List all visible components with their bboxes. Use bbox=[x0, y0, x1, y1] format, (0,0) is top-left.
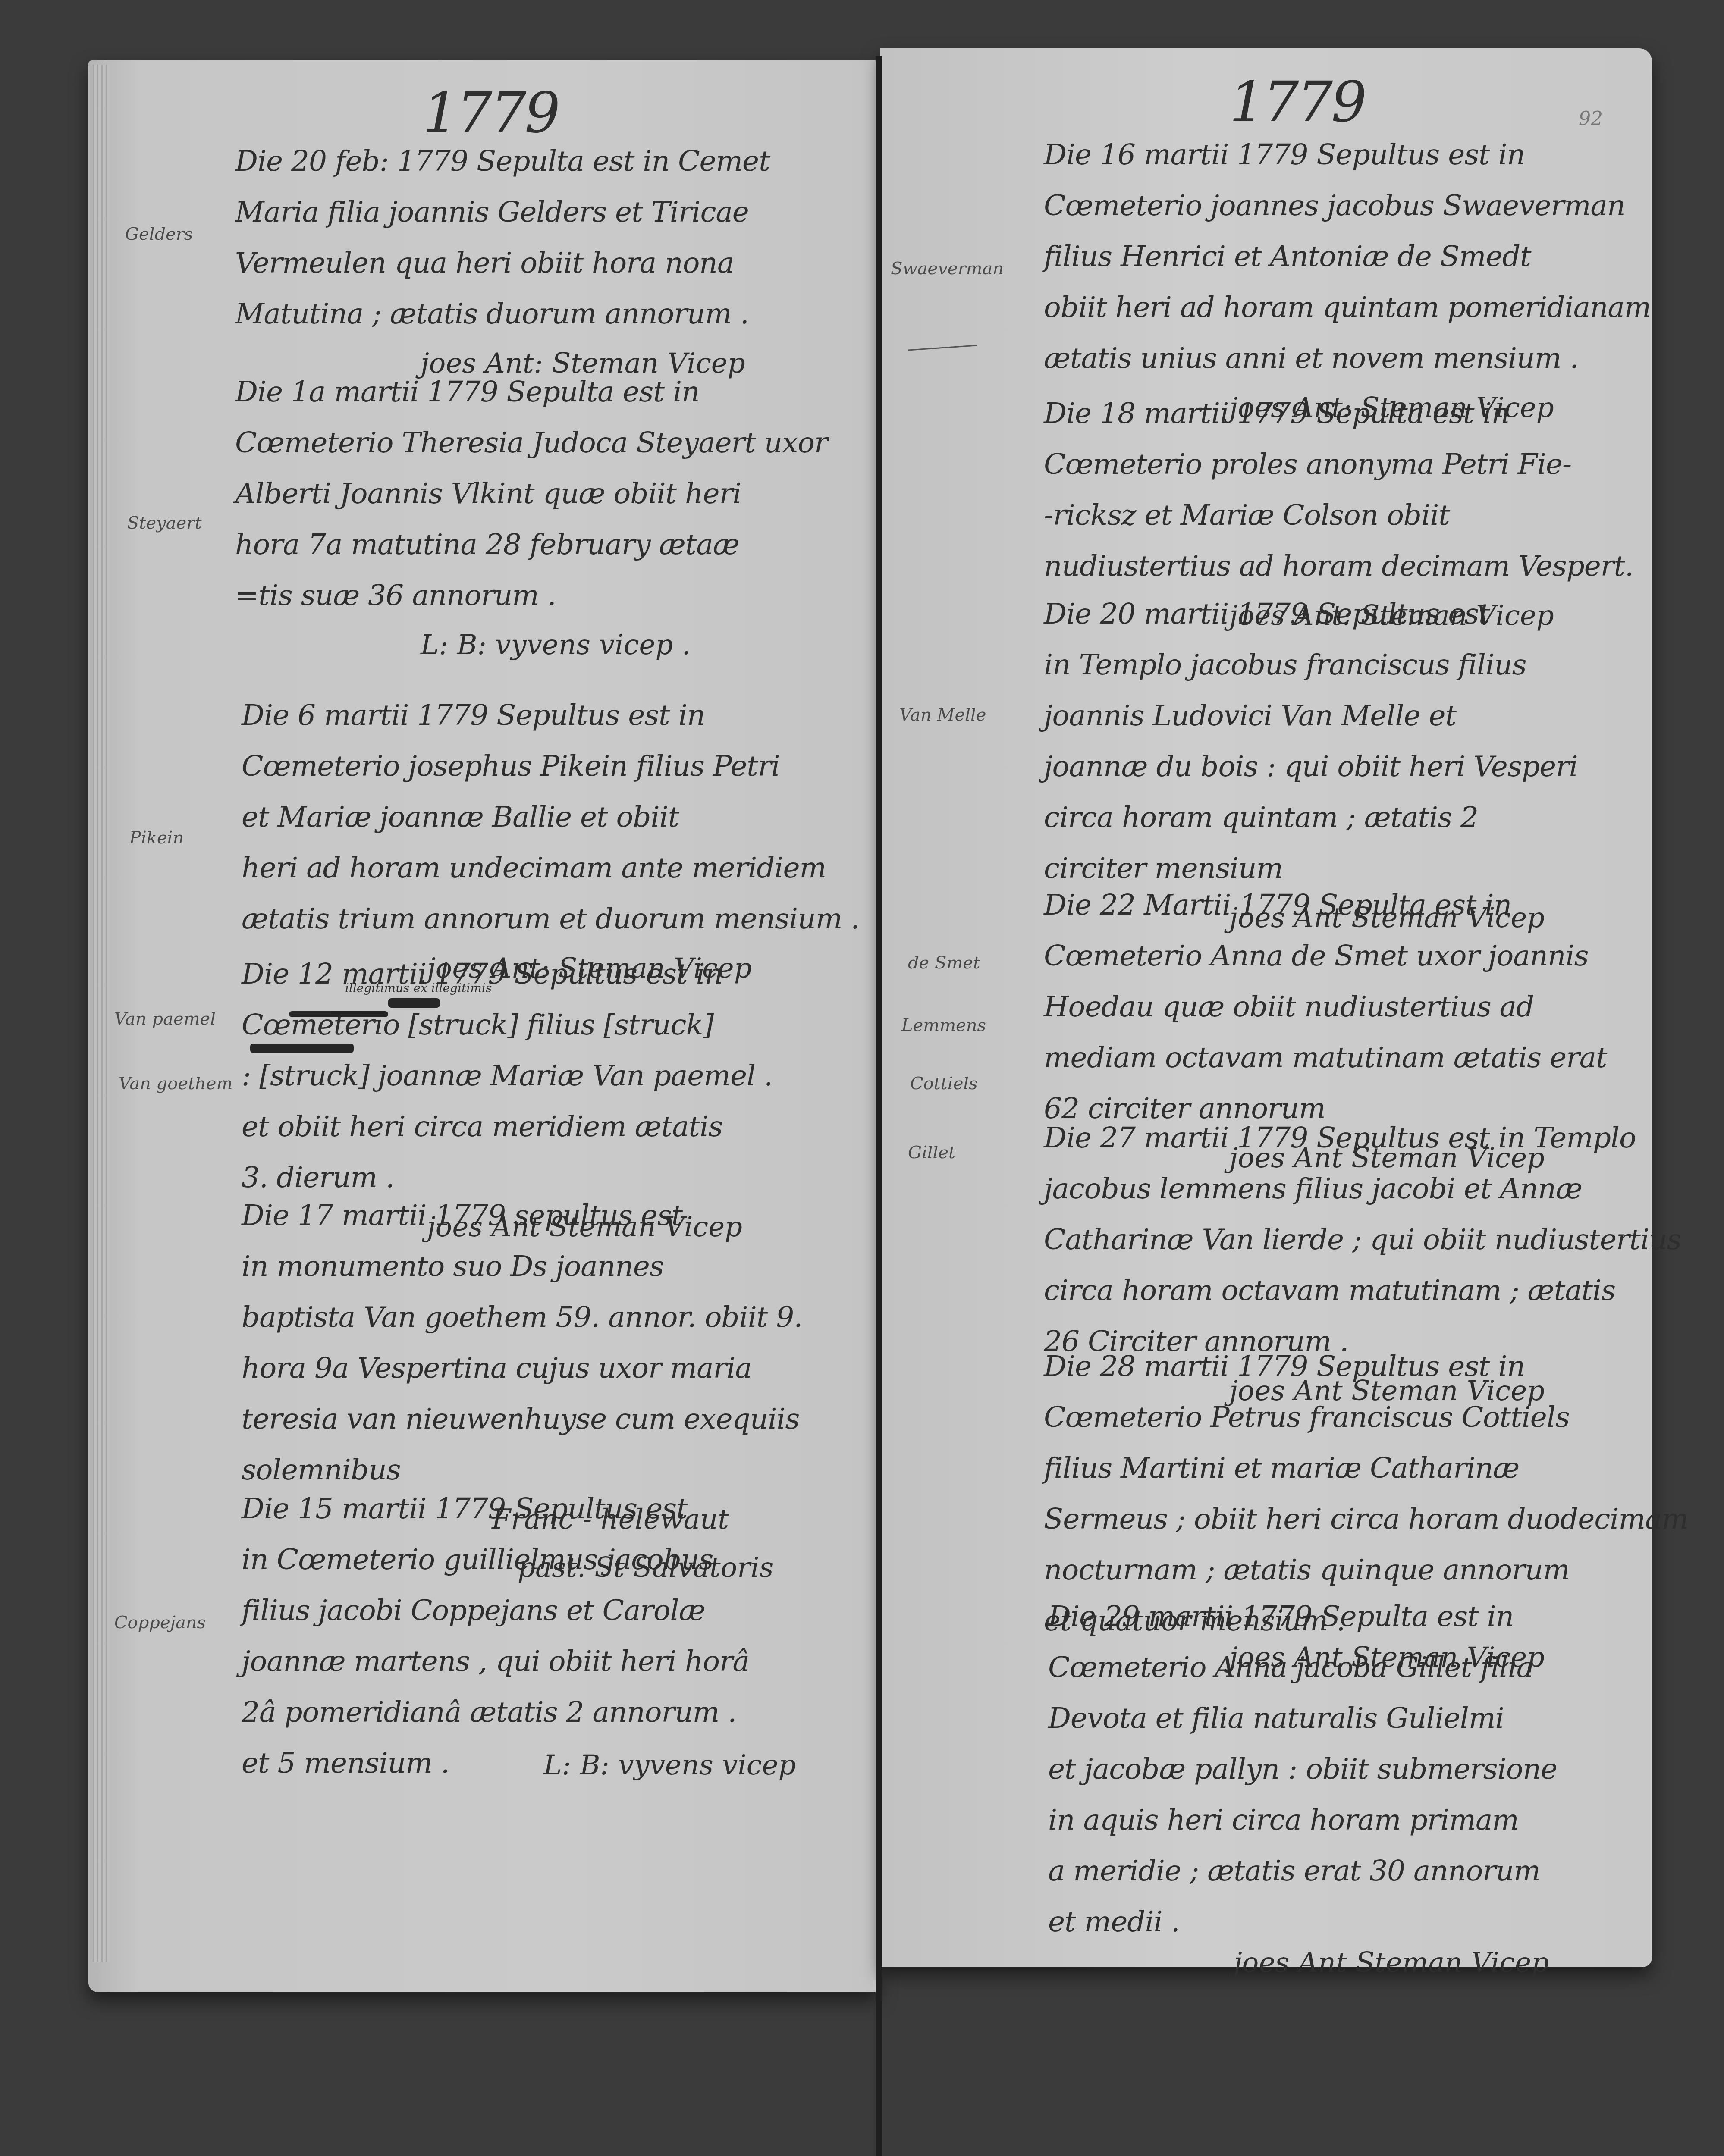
entry-line: Cœmeterio [struck] filius [struck] bbox=[242, 1000, 773, 1050]
entry-line: Die 17 martii 1779 sepultus est bbox=[242, 1190, 802, 1241]
margin-name-lemmens: Lemmens bbox=[901, 1015, 986, 1035]
entry-line: et obiit heri circa meridiem ætatis bbox=[242, 1101, 773, 1152]
entry-line: Cœmeterio Petrus franciscus Cottiels bbox=[1044, 1392, 1688, 1443]
entry-line: Die 27 martii 1779 Sepultus est in Templ… bbox=[1044, 1112, 1681, 1163]
entry-line: et jacobæ pallyn : obiit submersione bbox=[1048, 1744, 1557, 1795]
ink-strikethrough bbox=[289, 1011, 388, 1017]
entry-line: Die 18 martii 1779 Sepulta est in bbox=[1044, 388, 1633, 439]
entry-line: filius Henrici et Antoniæ de Smedt bbox=[1044, 231, 1651, 282]
entry-line: -ricksz et Mariæ Colson obiit bbox=[1044, 490, 1633, 541]
margin-name-gelders: Gelders bbox=[125, 224, 193, 244]
burial-entry: Die 29 martii 1779 Sepulta est in Cœmete… bbox=[1048, 1591, 1557, 1987]
margin-name-van-melle: Van Melle bbox=[899, 705, 986, 725]
entry-line: ætatis unius anni et novem mensium . bbox=[1044, 333, 1651, 384]
interlinear-insertion: illegitimus ex illegitimis bbox=[345, 981, 492, 995]
entry-line: nocturnam ; ætatis quinque annorum bbox=[1044, 1545, 1688, 1595]
entry-line: Die 6 martii 1779 Sepultus est in bbox=[242, 690, 859, 741]
entry-line: jacobus lemmens filius jacobi et Annæ bbox=[1044, 1163, 1681, 1214]
right-year-heading: 1779 bbox=[1229, 69, 1365, 135]
entry-line: Die 20 martii 1779 Sepultus est bbox=[1044, 589, 1578, 639]
margin-name-gillet: Gillet bbox=[908, 1143, 955, 1163]
entry-line: Devota et filia naturalis Gulielmi bbox=[1048, 1693, 1557, 1744]
entry-line: =tis suæ 36 annorum . bbox=[235, 570, 828, 621]
entry-line: circa horam quintam ; ætatis 2 bbox=[1044, 792, 1578, 843]
entry-line: Matutina ; ætatis duorum annorum . bbox=[235, 288, 770, 339]
entry-line: filius jacobi Coppejans et Carolæ bbox=[242, 1585, 796, 1636]
entry-line: Die 29 martii 1779 Sepulta est in bbox=[1048, 1591, 1557, 1642]
entry-line: Cœmeterio josephus Pikein filius Petri bbox=[242, 741, 859, 792]
margin-name-van-goethem: Van goethem bbox=[119, 1074, 232, 1094]
entry-line: ætatis trium annorum et duorum mensium . bbox=[242, 893, 859, 944]
entry-line: Vermeulen qua heri obiit hora nona bbox=[235, 238, 770, 288]
burial-entry: Die 15 martii 1779 Sepultus est in Cœmet… bbox=[242, 1483, 796, 1789]
entry-line: Cœmeterio Theresia Judoca Steyaert uxor bbox=[235, 417, 828, 468]
entry-line: Hoedau quæ obiit nudiustertius ad bbox=[1044, 981, 1607, 1032]
margin-name-swaeverman: Swaeverman bbox=[891, 259, 1004, 279]
binding-edge bbox=[93, 65, 110, 1962]
entry-line: Cœmeterio joannes jacobus Swaeverman bbox=[1044, 180, 1651, 231]
entry-line: Catharinæ Van lierde ; qui obiit nudiust… bbox=[1044, 1214, 1681, 1265]
entry-line: Cœmeterio Anna jacoba Gillet filia bbox=[1048, 1642, 1557, 1693]
entry-line: Cœmeterio Anna de Smet uxor joannis bbox=[1044, 931, 1607, 981]
entry-line: heri ad horam undecimam ante meridiem bbox=[242, 843, 859, 893]
entry-line: nudiustertius ad horam decimam Vespert. bbox=[1044, 541, 1633, 592]
ink-strikethrough bbox=[250, 1044, 354, 1053]
margin-name-pikein: Pikein bbox=[129, 828, 184, 848]
entry-line: 2â pomeridianâ ætatis 2 annorum . bbox=[242, 1687, 796, 1738]
entry-line: in aquis heri circa horam primam bbox=[1048, 1795, 1557, 1846]
page-number: 92 bbox=[1579, 108, 1603, 130]
entry-line: joannæ martens , qui obiit heri horâ bbox=[242, 1636, 796, 1687]
margin-name-van-paemel: Van paemel bbox=[114, 1009, 216, 1029]
margin-name-cottiels: Cottiels bbox=[910, 1074, 978, 1094]
burial-entry: Die 6 martii 1779 Sepultus est in Cœmete… bbox=[242, 690, 859, 993]
entry-line: et Mariæ joannæ Ballie et obiit bbox=[242, 792, 859, 843]
entry-line: Die 12 martii 1779 Sepultus est in bbox=[242, 949, 773, 1000]
entry-line: joannis Ludovici Van Melle et bbox=[1044, 690, 1578, 741]
entry-line: filius Martini et mariæ Catharinæ bbox=[1044, 1443, 1688, 1494]
burial-entry: Die 20 feb: 1779 Sepulta est in Cemet Ma… bbox=[235, 136, 770, 388]
entry-line: : [struck] joannæ Mariæ Van paemel . bbox=[242, 1050, 773, 1101]
entry-line: Die 20 feb: 1779 Sepulta est in Cemet bbox=[235, 136, 770, 187]
burial-entry: Die 1a martii 1779 Sepulta est in Cœmete… bbox=[235, 367, 828, 669]
priest-signature: L: B: vyvens vicep . bbox=[235, 621, 828, 669]
entry-line: Die 28 martii 1779 Sepultus est in bbox=[1044, 1341, 1688, 1392]
entry-line: hora 7a matutina 28 february ætaæ bbox=[235, 519, 828, 570]
margin-name-de-smet: de Smet bbox=[908, 953, 980, 973]
entry-line: in Templo jacobus franciscus filius bbox=[1044, 639, 1578, 690]
entry-line: in monumento suo Ds joannes bbox=[242, 1241, 802, 1292]
entry-line: circa horam octavam matutinam ; ætatis bbox=[1044, 1265, 1681, 1316]
entry-line: a meridie ; ætatis erat 30 annorum bbox=[1048, 1846, 1557, 1896]
entry-line: Sermeus ; obiit heri circa horam duodeci… bbox=[1044, 1494, 1688, 1545]
entry-line: Die 22 Martii 1779 Sepulta est in bbox=[1044, 880, 1607, 931]
entry-line: teresia van nieuwenhuyse cum exequiis bbox=[242, 1394, 802, 1445]
entry-line: Die 15 martii 1779 Sepultus est bbox=[242, 1483, 796, 1534]
burial-entry: Die 16 martii 1779 Sepultus est in Cœmet… bbox=[1044, 129, 1651, 432]
book-gutter bbox=[876, 56, 882, 2156]
entry-line: Maria filia joannis Gelders et Tiricae bbox=[235, 187, 770, 238]
entry-line: baptista Van goethem 59. annor. obiit 9. bbox=[242, 1292, 802, 1343]
entry-line: Alberti Joannis Vlkint quæ obiit heri bbox=[235, 468, 828, 519]
entry-line: joannæ du bois : qui obiit heri Vesperi bbox=[1044, 741, 1578, 792]
entry-line: Die 1a martii 1779 Sepulta est in bbox=[235, 367, 828, 417]
ink-strikethrough bbox=[388, 998, 440, 1008]
margin-name-coppejans: Coppejans bbox=[114, 1613, 206, 1633]
entry-line: obiit heri ad horam quintam pomeridianam bbox=[1044, 282, 1651, 333]
entry-line: hora 9a Vespertina cujus uxor maria bbox=[242, 1343, 802, 1394]
entry-line: Cœmeterio proles anonyma Petri Fie- bbox=[1044, 439, 1633, 490]
entry-line: in Cœmeterio guillielmus jacobus bbox=[242, 1534, 796, 1585]
entry-line: mediam octavam matutinam ætatis erat bbox=[1044, 1032, 1607, 1083]
margin-name-steyaert: Steyaert bbox=[127, 513, 201, 533]
entry-line: Die 16 martii 1779 Sepultus est in bbox=[1044, 129, 1651, 180]
